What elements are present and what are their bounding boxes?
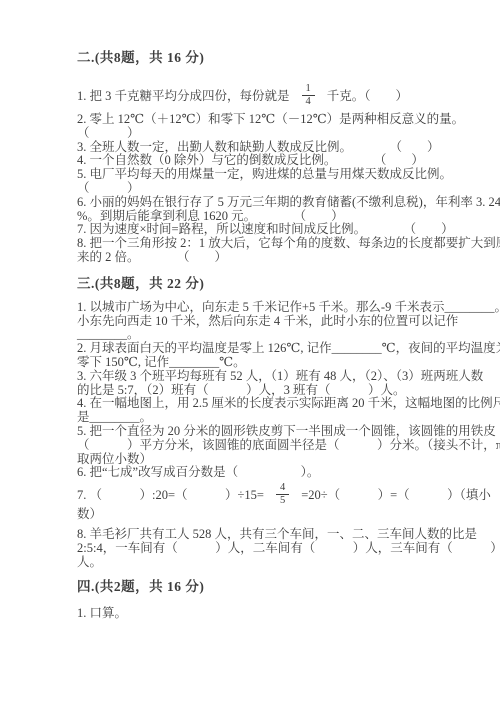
s3-q5-line2: （ ）平方分米，该圆锥的底面圆半径是（ ）分米。（接头不计，π (77, 439, 430, 453)
s3-q3-line1: 3. 六年级 3 个班平均每班有 52 人，（1）班有 48 人，（2）、（3）… (77, 370, 430, 384)
section-four-heading: 四.(共2题，共 16 分) (77, 579, 430, 594)
fraction-one-fourth: 1 4 (302, 83, 315, 107)
s2-question-1-line: 1. 把 3 千克糖平均分成四份，每份就是 1 4 千克。（ ） (77, 80, 430, 110)
s3-q8-line2: 2:5:4，一车间有（ ）人，二车间有（ ）人，三车间有（ ） (77, 542, 430, 556)
s3-q4-line1: 4. 在一幅地图上，用 2.5 厘米的长度表示实际距离 20 千米，这幅地图的比… (77, 397, 430, 411)
s2-q5-line1: 5. 电厂平均每天的用煤量一定，购进煤的总量与用煤天数成反比例。 (77, 168, 430, 182)
s3-q2-line2: 零下 150℃, 记作________℃。 (77, 356, 430, 370)
s3-q2-line1: 2. 月球表面白天的平均温度是零上 126℃, 记作________℃，夜间的平… (77, 342, 430, 356)
s3-q8-line1: 8. 羊毛衫厂共有工人 528 人，共有三个车间，一、二、三车间人数的比是 (77, 528, 430, 542)
s2-q6-line1: 6. 小丽的妈妈在银行存了 5 万元三年期的教育储蓄(不缴利息税)，年利率 3.… (77, 196, 430, 210)
fraction-denominator: 5 (276, 494, 289, 507)
s2-q5-line2-answer-bracket: （ ） (77, 182, 430, 196)
s2-q2-line2-answer-bracket: （ ） (77, 127, 430, 141)
exam-document-page: 二.(共8题，共 16 分) 1. 把 3 千克糖平均分成四份，每份就是 1 4… (0, 0, 500, 707)
section-three-heading: 三.(共8题，共 22 分) (77, 276, 430, 291)
s3-q7-text-after: =20÷（ ）=（ ）（填小 (301, 485, 491, 503)
fraction-denominator: 4 (302, 95, 315, 108)
s3-q1-line2: 小东先向西走 10 千米，然后向东走 4 千米，此时小东的位置可以记作 (77, 315, 430, 329)
s3-q5-line1: 5. 把一个直径为 20 分米的圆形铁皮剪下一半围成一个圆锥，该圆锥的用铁皮 (77, 425, 430, 439)
s2-q2-line1: 2. 零上 12℃（＋12℃）和零下 12℃（－12℃）是两种相反意义的量。 (77, 113, 430, 127)
s2-q8-line1: 8. 把一个三角形按 2：1 放大后，它每个角的度数、每条边的长度都要扩大到原 (77, 237, 430, 251)
s3-q1-line1: 1. 以城市广场为中心，向东走 5 千米记作+5 千米。那么-9 千米表示___… (77, 301, 430, 315)
s3-q7-text-before: 7. （ ）:20=（ ）÷15= (77, 485, 264, 503)
fraction-numerator: 4 (276, 482, 289, 494)
fraction-numerator: 1 (302, 83, 315, 95)
s3-q8-line3: 人。 (77, 556, 430, 570)
s3-question-7-line: 7. （ ）:20=（ ）÷15= 4 5 =20÷（ ）=（ ）（填小 (77, 480, 430, 508)
fraction-four-fifths: 4 5 (276, 482, 289, 506)
s3-q6-line: 6. 把“七成”改写成百分数是（ ）。 (77, 466, 430, 480)
s3-q7-line2: 数） (77, 508, 430, 522)
s2-q1-text-after: 千克。（ ） (327, 86, 408, 104)
s2-q1-text-before: 1. 把 3 千克糖平均分成四份，每份就是 (77, 86, 290, 104)
section-two-heading: 二.(共8题，共 16 分) (77, 50, 430, 65)
s3-q4-line2-blank: 是________。 (77, 411, 430, 425)
s4-q1-line: 1. 口算。 (77, 607, 430, 621)
s2-q8-line2: 来的 2 倍。 （ ） (77, 251, 430, 265)
